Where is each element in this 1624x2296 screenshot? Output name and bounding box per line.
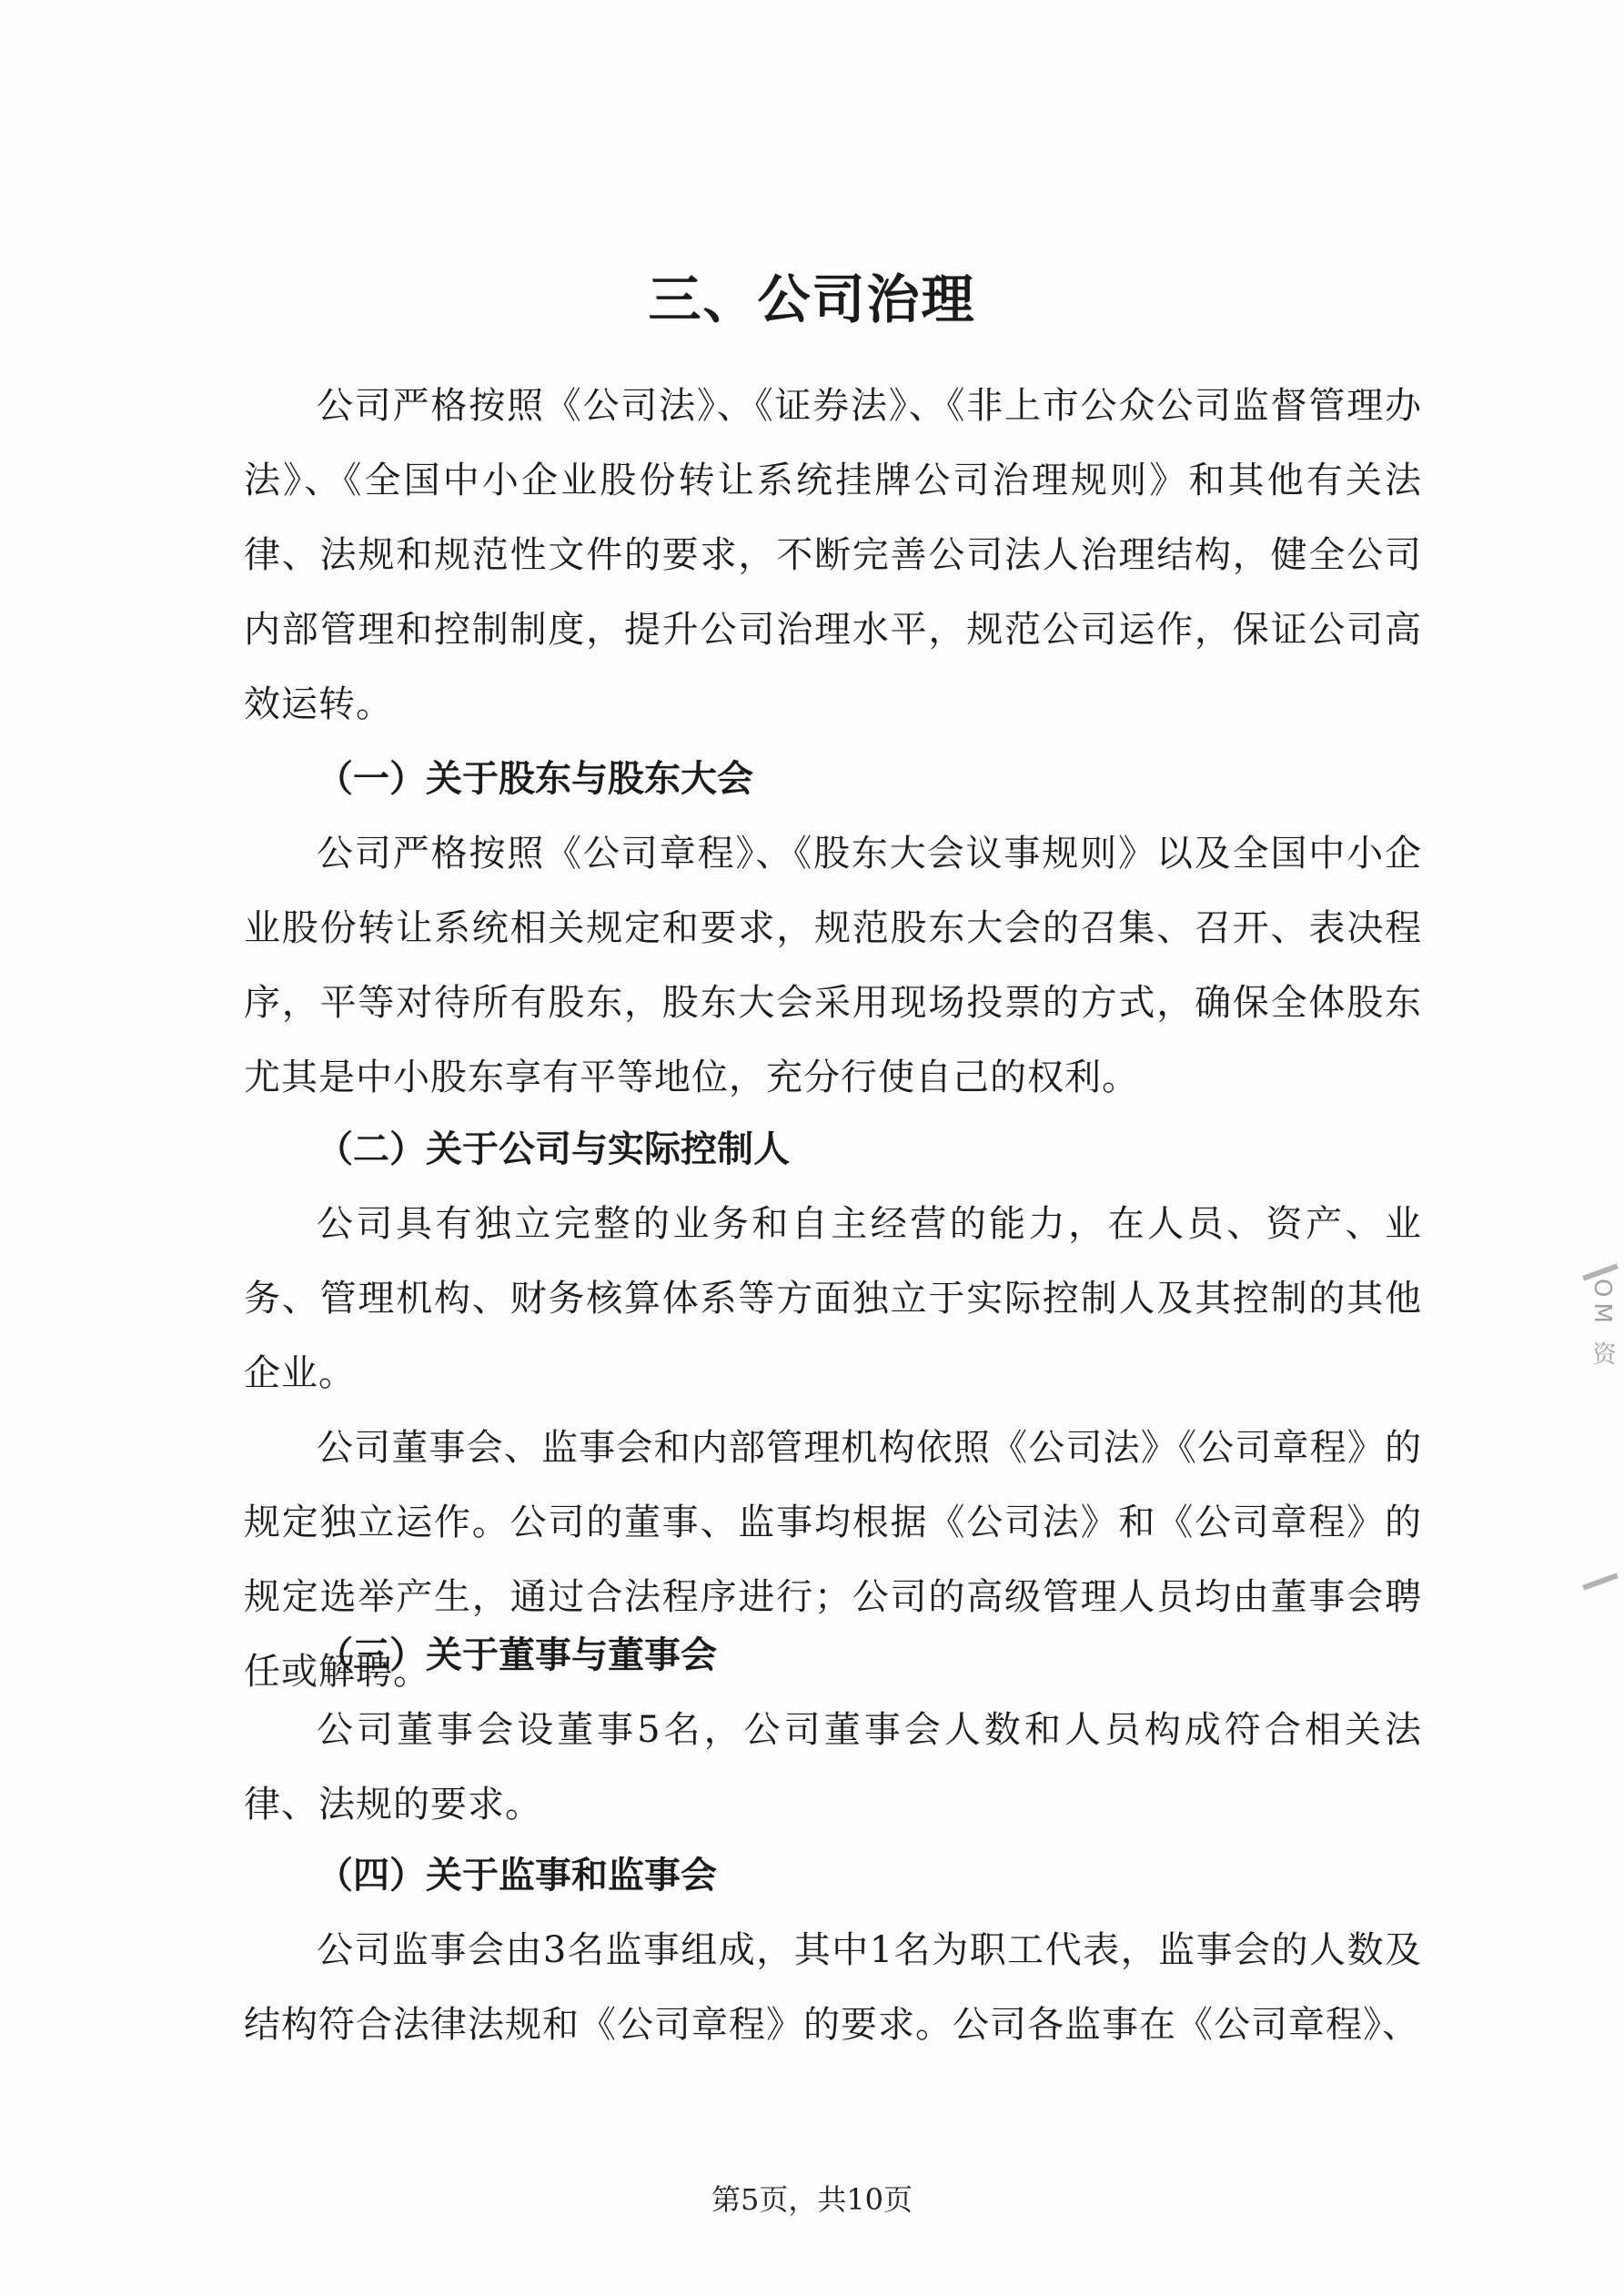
intro-paragraph: 公司严格按照《公司法》、《证券法》、《非上市公众公司监督管理办法》、《全国中小企… [244,369,1422,742]
section-heading: （四）关于监事和监事会 [244,1838,1422,1913]
page-title: 三、公司治理 [0,257,1624,333]
section-paragraph: 公司董事会设董事5名，公司董事会人数和人员构成符合相关法律、法规的要求。 [244,1693,1422,1842]
section-heading: （二）关于公司与实际控制人 [244,1112,1422,1187]
section-heading: （三）关于董事与董事会 [244,1618,1422,1693]
document-page: 三、公司治理 公司严格按照《公司法》、《证券法》、《非上市公众公司监督管理办法》… [0,0,1624,2296]
section-shareholders: （一）关于股东与股东大会 公司严格按照《公司章程》、《股东大会议事规则》以及全国… [244,742,1422,1115]
intro-block: 公司严格按照《公司法》、《证券法》、《非上市公众公司监督管理办法》、《全国中小企… [244,369,1422,742]
section-board: （三）关于董事与董事会 公司董事会设董事5名，公司董事会人数和人员构成符合相关法… [244,1618,1422,1842]
stamp-edge [1582,1573,1619,1590]
section-paragraph: 公司监事会由3名监事组成，其中1名为职工代表，监事会的人数及结构符合法律法规和《… [244,1913,1422,2062]
page-number: 第5页，共10页 [0,2177,1624,2219]
section-supervisors: （四）关于监事和监事会 公司监事会由3名监事组成，其中1名为职工代表，监事会的人… [244,1838,1422,2062]
section-paragraph: 公司严格按照《公司章程》、《股东大会议事规则》以及全国中小企业股份转让系统相关规… [244,816,1422,1115]
seam-seal-stamp: OM 资 [1579,1269,1624,1597]
section-paragraph: 公司具有独立完整的业务和自主经营的能力，在人员、资产、业务、管理机构、财务核算体… [244,1187,1422,1411]
section-heading: （一）关于股东与股东大会 [244,742,1422,816]
stamp-text: OM 资 [1586,1279,1619,1371]
